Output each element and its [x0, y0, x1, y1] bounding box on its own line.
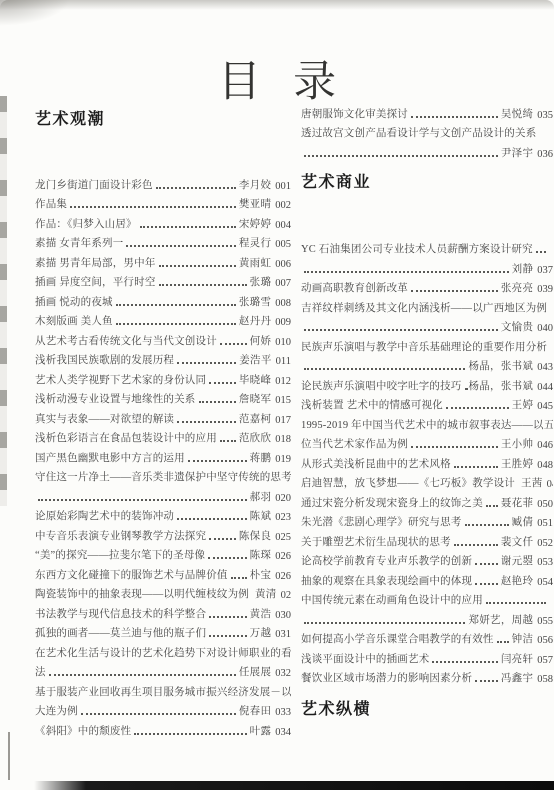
toc-entry-line: 龙门乡街道门面设计彩色 李月姣 001 [35, 172, 291, 192]
toc-entry-line: 吉祥纹样刺绣及其文化内涵浅析——以广西地区为例 [301, 295, 553, 315]
toc-entry-line: 浅析色彩语言在食品包装设计中的应用 范欣欣 018 [35, 426, 291, 446]
toc-entry-line: 浅析我国民族歌剧的发展历程 姜浩平 011 [35, 348, 291, 368]
entry-title: 书法教学与现代信息技术的科学整合 [35, 606, 206, 621]
entry-page-number: 002 [275, 200, 291, 211]
entry-page-number: 010 [275, 337, 291, 348]
toc-entry-line: 如何提高小学音乐课堂合唱教学的有效性 钟洁 056 [301, 627, 553, 647]
entry-title: 作品集 [35, 196, 67, 211]
dot-leader [497, 641, 509, 643]
dot-leader [49, 674, 236, 676]
entry-author: 张璐雪 [239, 294, 271, 309]
toc-entry-line: 浅析装置 艺术中的情感可视化 王婷 045 [301, 393, 553, 413]
entry-page-number: 019 [275, 454, 291, 465]
dot-leader [116, 304, 236, 306]
entry-title: 木刻版画 美人鱼 [35, 313, 113, 328]
toc-entry-line: 抽象的观察在具象表现绘画中的体现 赵艳玲 054 [301, 568, 553, 588]
entry-author: 倪春田 [239, 703, 271, 718]
entry-author: 王胜婷 [501, 456, 533, 471]
dot-leader [70, 206, 236, 208]
entry-page-number: 023 [275, 512, 291, 523]
entry-title: 抽象的观察在具象表现绘画中的体现 [301, 573, 472, 588]
entry-page-number: 043 [537, 362, 553, 373]
dot-leader [177, 362, 236, 364]
toc-entry-line: 法 任展展 032 [35, 660, 291, 680]
entry-author: 张璐 [250, 274, 272, 289]
entry-page-number: 026 [275, 571, 291, 582]
dot-leader [188, 460, 247, 462]
toc-entry-line: 动画高职教育创新改革 张亮亮 039 [301, 276, 553, 296]
toc-entry-line: 餐饮业区域市场潜力的影响因素分析 冯鑫宇 058 [301, 666, 553, 686]
toc-entry-line: 《斜阳》中的颓废性 叶露 034 [35, 718, 291, 738]
toc-entry-line: 木刻版画 美人鱼 赵丹丹 009 [35, 309, 291, 329]
entry-author: 姜浩平 [239, 352, 271, 367]
toc-entry-line: 浅析动漫专业设置与地缘性的关系 詹晓军 015 [35, 387, 291, 407]
entry-author: 臧倩 [512, 514, 534, 529]
entry-title: 中专音乐表演专业钢琴教学方法探究 [35, 528, 206, 543]
right-column: 唐朝服饰文化审美探讨 吴悦绮 035 透过故宫文创产品看设计学与文创产品设计的关… [301, 101, 553, 719]
toc-entry-line: 东西方文化碰撞下的服饰艺术与品牌价值 朴宝 026 [35, 562, 291, 582]
entry-author: 赵丹丹 [239, 313, 271, 328]
toc-entry-line: 孤独的画者——莫兰迪与他的瓶子们 万越 031 [35, 621, 291, 641]
scan-artifact-top-edge [0, 0, 554, 10]
dot-leader [304, 271, 509, 273]
dot-leader [177, 518, 247, 520]
entry-page-number: 001 [275, 181, 291, 192]
entry-page-number: 058 [537, 674, 553, 685]
entry-page-number: 034 [275, 727, 291, 738]
toc-entry-line: 大连为例 倪春田 033 [35, 699, 291, 719]
entry-title: 浅析动漫专业设置与地缘性的关系 [35, 391, 196, 406]
entry-page-number: 052 [537, 538, 553, 549]
entry-author: 文愉贵 [501, 319, 533, 334]
entry-title: 论民族声乐演唱中咬字吐字的技巧 [301, 378, 462, 393]
entry-author: 钟洁 [512, 631, 534, 646]
entry-page-number: 026 [275, 551, 291, 562]
toc-entry-line: 郝羽 020 [35, 484, 291, 504]
toc-entry-line: 从艺术考古看传统文化与当代文创设计 何娇 010 [35, 328, 291, 348]
entry-author: 黄清 [255, 586, 277, 601]
entry-page-number: 004 [275, 220, 291, 231]
entry-title: 从艺术考古看传统文化与当代文创设计 [35, 333, 217, 348]
entry-title: 龙门乡街道门面设计彩色 [35, 177, 153, 192]
entry-page-number: 057 [537, 655, 553, 666]
dot-leader [134, 733, 246, 735]
entry-title: 基于服装产业回收再生项目服务城市振兴经济发展－以 [35, 684, 291, 699]
dot-leader [536, 251, 546, 253]
toc-entry-line: 中国传统元素在动画角色设计中的应用 [301, 588, 553, 608]
dot-leader [116, 323, 236, 325]
dot-leader [199, 401, 236, 403]
toc-entry-line: 刘静 037 [301, 256, 553, 276]
entry-title: 国产黑色幽默电影中方言的运用 [35, 450, 185, 465]
toc-entry-line: 作品：《归梦入山居》 宋婷婷 004 [35, 211, 291, 231]
toc-entry-line: 艺术人类学视野下艺术家的身份认同 毕晓峰 012 [35, 367, 291, 387]
toc-entry-line: 启迪智慧，放飞梦想——《七巧板》教学设计 王茜 049 [301, 471, 553, 491]
entry-author: 范嘉柯 [239, 411, 271, 426]
entry-title: 插画 悦动的夜城 [35, 294, 113, 309]
dot-leader [304, 329, 498, 331]
dot-leader [465, 388, 466, 390]
dot-leader [156, 187, 236, 189]
entry-page-number: 009 [275, 317, 291, 328]
dot-leader [209, 538, 236, 540]
dot-leader [159, 284, 247, 286]
dot-leader [304, 622, 465, 624]
entry-author: 吴悦绮 [501, 106, 533, 121]
toc-entry-line: 真实与表象——对欲望的解读 范嘉柯 017 [35, 406, 291, 426]
entry-title: 如何提高小学音乐课堂合唱教学的有效性 [301, 631, 494, 646]
entry-page-number: 011 [276, 356, 291, 367]
entry-author: 杨晶，张书斌 [468, 378, 533, 393]
entry-page-number: 018 [275, 434, 291, 445]
dot-leader [220, 343, 247, 345]
dot-leader [159, 265, 236, 267]
toc-entry-line: 国产黑色幽默电影中方言的运用 蒋鹏 019 [35, 445, 291, 465]
toc-entry-line: 民族声乐演唱与教学中音乐基础理论的重要作用分析 [301, 334, 553, 354]
section-heading-art-crosswise: 艺术纵横 [301, 696, 553, 719]
toc-entry-line: 通过宋瓷分析发现宋瓷身上的纹饰之美 聂花菲 050 [301, 490, 553, 510]
entry-page-number: 012 [275, 376, 291, 387]
entry-title: 真实与表象——对欲望的解读 [35, 411, 174, 426]
dot-leader [209, 382, 236, 384]
entry-page-number: 051 [537, 518, 553, 529]
entry-page-number: 036 [537, 149, 553, 160]
scan-artifact-bottom-bar [34, 781, 554, 790]
entry-author: 王茜 [521, 475, 543, 490]
entry-author: 冯鑫宇 [501, 670, 533, 685]
toc-entry-line: 素描 男青年局部，男中年 黄雨虹 006 [35, 250, 291, 270]
toc-entry-line: 陶瓷装饰中的抽象表现——以明代缠枝纹为例 黄清 028 [35, 582, 291, 602]
dot-leader [411, 290, 498, 292]
entry-page-number: 050 [537, 499, 553, 510]
entry-author: 赵艳玲 [501, 573, 533, 588]
entry-page-number: 035 [537, 110, 553, 121]
entry-author: 杨晶，张书斌 [468, 358, 533, 373]
left-column: 艺术观潮 龙门乡街道门面设计彩色 李月姣 001 作品集 樊亚晴 002 作品：… [35, 106, 291, 738]
entry-author: 王婷 [512, 397, 534, 412]
toc-entry-line: 关于雕塑艺术衍生品现状的思考 裴文仟 052 [301, 529, 553, 549]
entry-title: 在艺术化生活与设计的艺术化趋势下对设计师职业的看 [35, 645, 291, 660]
entry-author: 王小帅 [501, 436, 533, 451]
toc-entry-line: 朱光潜《悲剧心理学》研究与思考 臧倩 051 [301, 510, 553, 530]
entry-title: 作品：《归梦入山居》 [35, 216, 137, 231]
toc-entry-line: YC 石油集团公司专业技术人员薪酬方案设计研究 [301, 237, 553, 257]
entry-title: 素描 男青年局部，男中年 [35, 255, 156, 270]
entry-author: 万越 [250, 625, 272, 640]
scan-artifact-top-left-corner [0, 0, 70, 26]
dot-leader [177, 421, 236, 423]
entry-author: 李月姣 [239, 177, 271, 192]
entry-author: 程灵行 [239, 235, 271, 250]
entry-page-number: 046 [537, 440, 553, 451]
dot-leader [446, 407, 509, 409]
entry-author: 毕晓峰 [239, 372, 271, 387]
entry-page-number: 028 [281, 590, 291, 601]
toc-entry-line: 从形式美浅析昆曲中的艺术风格 王胜婷 048 [301, 451, 553, 471]
toc-entry-line: 论高校学前教育专业声乐教学的创新 谢元曌 053 [301, 549, 553, 569]
dot-leader [220, 440, 236, 442]
entry-author: 郑妍艺，周越 [468, 612, 533, 627]
toc-entry-line: 书法教学与现代信息技术的科学整合 黄浩 030 [35, 601, 291, 621]
toc-entry-line: 论民族声乐演唱中咬字吐字的技巧 杨晶，张书斌 044 [301, 373, 553, 393]
dot-leader [465, 524, 509, 526]
entry-page-number: 007 [275, 278, 291, 289]
toc-entry-line: 基于服装产业回收再生项目服务城市振兴经济发展－以 [35, 679, 291, 699]
entry-page-number: 055 [537, 616, 553, 627]
toc-entry-line: 插画 异度空间，平行时空 张璐 007 [35, 270, 291, 290]
entry-author: 黄雨虹 [239, 255, 271, 270]
toc-entry-line: 素描 女青年系列一 程灵行 005 [35, 231, 291, 251]
entry-page-number: 037 [537, 265, 553, 276]
entry-title: YC 石油集团公司专业技术人员薪酬方案设计研究 [301, 241, 533, 256]
entry-page-number: 044 [537, 382, 553, 393]
entry-title: 素描 女青年系列一 [35, 235, 123, 250]
toc-entries-art-trends: 龙门乡街道门面设计彩色 李月姣 001 作品集 樊亚晴 002 作品：《归梦入山… [35, 172, 291, 738]
entry-page-number: 031 [275, 629, 291, 640]
dot-leader [304, 368, 465, 370]
page-title: 目 录 [0, 48, 554, 109]
entry-title: 唐朝服饰文化审美探讨 [301, 106, 408, 121]
entry-author: 黄浩 [250, 606, 272, 621]
entry-author: 叶露 [250, 723, 272, 738]
entry-author: 聂花菲 [501, 495, 533, 510]
entry-title: 插画 异度空间，平行时空 [35, 274, 156, 289]
entry-title: 启迪智慧，放飞梦想——《七巧板》教学设计 [301, 475, 515, 490]
dot-leader [126, 245, 235, 247]
dot-leader [411, 116, 498, 118]
entry-page-number: 008 [275, 298, 291, 309]
entry-title: 通过宋瓷分析发现宋瓷身上的纹饰之美 [301, 495, 483, 510]
entry-title: 论原始彩陶艺术中的装饰冲动 [35, 508, 174, 523]
dot-leader [231, 577, 247, 579]
entry-author: 朴宝 [250, 567, 272, 582]
entry-title: 孤独的画者——莫兰迪与他的瓶子们 [35, 625, 206, 640]
scan-artifact-left-edge [0, 96, 7, 506]
entry-author: 陈保良 [239, 528, 271, 543]
toc-entry-line: 郑妍艺，周越 055 [301, 607, 553, 627]
dot-leader [454, 466, 498, 468]
entry-author: 任展展 [239, 664, 271, 679]
entry-page-number: 045 [537, 401, 553, 412]
toc-entry-line: “美”的探究——拉斐尔笔下的圣母像 陈琛 026 [35, 543, 291, 563]
dot-leader [454, 544, 498, 546]
entry-page-number: 048 [537, 460, 553, 471]
dot-leader [411, 446, 498, 448]
entry-author: 詹晓军 [239, 391, 271, 406]
entry-author: 樊亚晴 [239, 196, 271, 211]
dot-leader [208, 557, 246, 559]
entry-page-number: 015 [275, 395, 291, 406]
entry-author: 何娇 [250, 333, 272, 348]
entry-title: 艺术人类学视野下艺术家的身份认同 [35, 372, 206, 387]
entry-author: 蒋鹏 [250, 450, 272, 465]
entry-title: 中国传统元素在动画角色设计中的应用 [301, 592, 483, 607]
toc-entry-line: 透过故宫文创产品看设计学与文创产品设计的关系 [301, 121, 553, 141]
entry-page-number: 025 [275, 532, 291, 543]
entry-page-number: 017 [275, 415, 291, 426]
entry-title: 位当代艺术家作品为例 [301, 436, 408, 451]
toc-entry-line: 在艺术化生活与设计的艺术化趋势下对设计师职业的看 [35, 640, 291, 660]
entry-author: 宋婷婷 [239, 216, 271, 231]
entry-title: 关于雕塑艺术衍生品现状的思考 [301, 534, 451, 549]
entry-page-number: 032 [275, 668, 291, 679]
entry-title: 浅析装置 艺术中的情感可视化 [301, 397, 443, 412]
entry-page-number: 056 [537, 635, 553, 646]
entry-title: “美”的探究——拉斐尔笔下的圣母像 [35, 547, 205, 562]
dot-leader [475, 680, 498, 682]
toc-entry-line: 浅谈平面设计中的插画艺术 闫亮轩 057 [301, 646, 553, 666]
entry-title: 民族声乐演唱与教学中音乐基础理论的重要作用分析 [301, 339, 547, 354]
entry-author: 尹泽宇 [501, 145, 533, 160]
dot-leader [486, 505, 498, 507]
toc-entry-line: 杨晶，张书斌 043 [301, 354, 553, 374]
dot-leader [432, 661, 497, 663]
entry-author: 郝羽 [250, 489, 272, 504]
entry-title: 法 [35, 664, 46, 679]
dot-leader [81, 713, 236, 715]
entry-page-number: 030 [275, 610, 291, 621]
entry-title: 透过故宫文创产品看设计学与文创产品设计的关系 [301, 125, 536, 140]
dot-leader [209, 616, 246, 618]
section-heading-art-business: 艺术商业 [301, 169, 553, 192]
entry-page-number: 040 [537, 323, 553, 334]
entry-author: 闫亮轩 [501, 651, 533, 666]
toc-entry-line: 位当代艺术家作品为例 王小帅 046 [301, 432, 553, 452]
entry-title: 大连为例 [35, 703, 78, 718]
entry-page-number: 053 [537, 557, 553, 568]
entry-author: 张亮亮 [501, 280, 533, 295]
entry-title: 1995-2019 年中国当代艺术中的城市叙事表达——以五 [301, 417, 553, 432]
dot-leader [140, 226, 236, 228]
entry-title: 朱光潜《悲剧心理学》研究与思考 [301, 514, 462, 529]
entry-title: 陶瓷装饰中的抽象表现——以明代缠枝纹为例 [35, 586, 249, 601]
toc-entry-line: 1995-2019 年中国当代艺术中的城市叙事表达——以五 [301, 412, 553, 432]
toc-entry-line: 文愉贵 040 [301, 315, 553, 335]
toc-entries-intro: 唐朝服饰文化审美探讨 吴悦绮 035 透过故宫文创产品看设计学与文创产品设计的关… [301, 101, 553, 160]
entry-author: 陈斌 [250, 508, 272, 523]
entry-page-number: 020 [275, 493, 291, 504]
entry-title: 《斜阳》中的颓废性 [35, 723, 131, 738]
toc-entry-line: 插画 悦动的夜城 张璐雪 008 [35, 289, 291, 309]
dot-leader [38, 499, 247, 501]
dot-leader [475, 563, 498, 565]
dot-leader [304, 155, 498, 157]
toc-entry-line: 论原始彩陶艺术中的装饰冲动 陈斌 023 [35, 504, 291, 524]
scan-artifact-left-line [8, 732, 10, 780]
toc-entry-line: 唐朝服饰文化审美探讨 吴悦绮 035 [301, 101, 553, 121]
entry-title: 浅析我国民族歌剧的发展历程 [35, 352, 174, 367]
entry-title: 餐饮业区域市场潜力的影响因素分析 [301, 670, 472, 685]
entry-author: 刘静 [512, 261, 534, 276]
toc-entries-art-business: YC 石油集团公司专业技术人员薪酬方案设计研究 刘静 037 动画高职教育创新改… [301, 237, 553, 686]
toc-entry-line: 守住这一片净土——音乐类非遗保护中坚守传统的思考 [35, 465, 291, 485]
entry-page-number: 049 [547, 479, 553, 490]
toc-entry-line: 作品集 樊亚晴 002 [35, 192, 291, 212]
dot-leader [486, 602, 546, 604]
entry-title: 守住这一片净土——音乐类非遗保护中坚守传统的思考 [35, 469, 291, 484]
entry-page-number: 033 [275, 707, 291, 718]
entry-title: 浅谈平面设计中的插画艺术 [301, 651, 429, 666]
entry-title: 动画高职教育创新改革 [301, 280, 408, 295]
entry-title: 吉祥纹样刺绣及其文化内涵浅析——以广西地区为例 [301, 300, 547, 315]
entry-author: 裴文仟 [501, 534, 533, 549]
entry-title: 浅析色彩语言在食品包装设计中的应用 [35, 430, 217, 445]
entry-author: 范欣欣 [239, 430, 271, 445]
dot-leader [475, 583, 498, 585]
entry-page-number: 005 [275, 239, 291, 250]
section-heading-art-trends: 艺术观潮 [35, 106, 291, 129]
toc-entry-line: 中专音乐表演专业钢琴教学方法探究 陈保良 025 [35, 523, 291, 543]
dot-leader [209, 635, 246, 637]
entry-page-number: 006 [275, 259, 291, 270]
entry-page-number: 039 [537, 284, 553, 295]
entry-title: 论高校学前教育专业声乐教学的创新 [301, 553, 472, 568]
toc-page: 目 录 艺术观潮 龙门乡街道门面设计彩色 李月姣 001 作品集 樊亚晴 002… [0, 0, 554, 790]
entry-author: 谢元曌 [501, 553, 533, 568]
entry-title: 东西方文化碰撞下的服饰艺术与品牌价值 [35, 567, 228, 582]
toc-entry-line: 尹泽宇 036 [301, 140, 553, 160]
entry-page-number: 054 [537, 577, 553, 588]
entry-author: 陈琛 [250, 547, 272, 562]
entry-title: 从形式美浅析昆曲中的艺术风格 [301, 456, 451, 471]
